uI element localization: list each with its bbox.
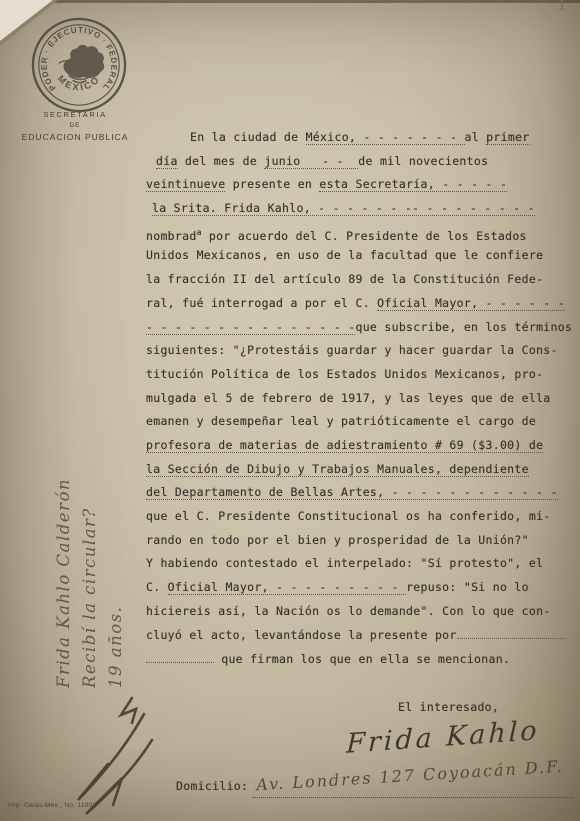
domicilio-label: Domicilio: <box>176 779 248 793</box>
typed-line: día del mes de junio - - de mil novecien… <box>146 150 574 174</box>
typed-text: por acuerdo del C. Presidente de los Est… <box>202 229 527 243</box>
sep-official-seal: PODER · EJECUTIVO · FEDERAL MEXICO <box>28 16 130 114</box>
typed-text: la fracción II del artículo 89 de la Con… <box>146 272 543 286</box>
dotted-blank <box>457 623 565 639</box>
typed-line: hiciereis así, la Nación os lo demande".… <box>146 600 574 624</box>
typed-line: que el C. Presidente Constitucional os h… <box>146 505 574 529</box>
frida-kahlo-signature: Frida Kahlo <box>346 715 540 760</box>
typed-line: titución Política de los Estados Unidos … <box>146 363 574 387</box>
typed-line: - - - - - - - - - - - - - - -que subscri… <box>146 316 574 340</box>
typed-fill-in: junio - - <box>264 154 358 169</box>
typed-line: En la ciudad de México, - - - - - - - al… <box>146 126 574 150</box>
typed-text: del mes de <box>178 154 265 168</box>
typed-line: nombrada por acuerdo del C. Presidente d… <box>146 221 574 245</box>
typed-text: nombrad <box>146 229 197 243</box>
margin-note-line: 19 años. <box>103 416 129 688</box>
typed-line: C. Oficial Mayor, - - - - - - - - - repu… <box>146 576 574 600</box>
typed-text: al <box>465 130 487 144</box>
typed-line: del Departamento de Bellas Artes, - - - … <box>146 481 574 505</box>
typed-text: que el C. Presidente Constitucional os h… <box>146 509 551 523</box>
typed-fill-in: primer <box>486 130 529 145</box>
typed-text: Unidos Mexicanos, en uso de la facultad … <box>146 248 543 262</box>
typed-text: mulgada el 5 de febrero de 1917, y las l… <box>146 391 551 405</box>
typed-fill-in: la Srita. Frida Kahlo, - - - - - - -- - … <box>152 201 535 216</box>
dotted-blank <box>146 647 214 663</box>
typed-text: ral, fué interrogad a por el C. <box>146 296 377 310</box>
typed-text: Y habiendo contestado el interpelado: "S… <box>146 556 543 570</box>
page-number: 1 <box>558 0 566 15</box>
typed-fill-in: Oficial Mayor, - - - - - - <box>377 296 565 311</box>
typed-text: repuso: "Si no lo <box>406 580 529 594</box>
typed-text: emanen y desempeñar leal y patrióticamen… <box>146 414 536 428</box>
typed-line: rando en todo por el bien y prosperidad … <box>146 529 574 553</box>
typed-text: En la ciudad de <box>190 130 306 144</box>
typed-line: Unidos Mexicanos, en uso de la facultad … <box>146 244 574 268</box>
letterhead-agency: SECRETARIA DE EDUCACION PUBLICA <box>14 110 136 142</box>
typed-line: ral, fué interrogad a por el C. Oficial … <box>146 292 574 316</box>
photo-top-edge <box>34 0 580 3</box>
typed-fill-in: profesora de materias de adiestramiento … <box>146 438 543 453</box>
typed-text: cluyó el acto, levantándose la presente … <box>146 628 457 642</box>
interested-party-label: El interesado, <box>398 700 499 714</box>
typed-line: emanen y desempeñar leal y patrióticamen… <box>146 410 574 434</box>
typed-text: titución Política de los Estados Unidos … <box>146 367 543 381</box>
typed-text: de mil novecientos <box>358 154 488 168</box>
document-page: 1 PODER · EJECUTIVO · FEDERAL MEXICO SEC… <box>0 0 580 821</box>
typed-line: cluyó el acto, levantándose la presente … <box>146 623 574 647</box>
typed-line: Y habiendo contestado el interpelado: "S… <box>146 552 574 576</box>
printer-imprint: Imp. Galas-Mex., No. 11803 <box>8 802 97 809</box>
typed-document-body: En la ciudad de México, - - - - - - - al… <box>146 126 574 671</box>
typed-line: siguientes: "¿Protestáis guardar y hacer… <box>146 339 574 363</box>
typed-fill-in: México, - - - - - - - <box>306 130 465 145</box>
typed-line: mulgada el 5 de febrero de 1917, y las l… <box>146 387 574 411</box>
typed-line: profesora de materias de adiestramiento … <box>146 434 574 458</box>
typed-fill-in: - - - - - - - - - - - - - - - <box>146 320 355 335</box>
typed-text: siguientes: "¿Protestáis guardar y hacer… <box>146 343 558 357</box>
handwritten-margin-note: Frida Kahlo CalderónRecibí la circular?1… <box>51 416 131 688</box>
typed-fill-in: esta Secretaría, - - - - - <box>319 177 507 192</box>
agency-line-1: SECRETARIA <box>14 110 136 119</box>
typed-text: hiciereis así, la Nación os lo demande".… <box>146 604 551 618</box>
agency-line-2: DE <box>14 122 136 129</box>
typed-line: la fracción II del artículo 89 de la Con… <box>146 268 574 292</box>
domicilio-dotted-line <box>252 797 574 798</box>
typed-line: la Srita. Frida Kahlo, - - - - - - -- - … <box>146 197 574 221</box>
typed-fill-in: Oficial Mayor, - - - - - - - - - <box>168 580 406 595</box>
typed-fill-in: veintinueve <box>146 177 225 192</box>
typed-text: presente en <box>225 177 319 191</box>
typed-fill-in: día <box>156 154 178 169</box>
typed-text: que subscribe, en los términos <box>355 320 572 334</box>
typed-text: C. <box>146 580 168 594</box>
typed-line: la Sección de Dibujo y Trabajos Manuales… <box>146 458 574 482</box>
typed-text: que firman los que en ella se mencionan. <box>214 652 510 666</box>
typed-line: veintinueve presente en esta Secretaría,… <box>146 173 574 197</box>
agency-line-3: EDUCACION PUBLICA <box>14 132 136 142</box>
margin-note-line: Recibí la circular? <box>77 416 103 688</box>
typed-text: rando en todo por el bien y prosperidad … <box>146 533 529 547</box>
typed-fill-in: del Departamento de Bellas Artes, - - - … <box>146 485 558 500</box>
typed-line: que firman los que en ella se mencionan. <box>146 647 574 671</box>
ink-scribble-marks <box>28 688 178 818</box>
margin-note-line: Frida Kahlo Calderón <box>51 416 77 688</box>
typed-fill-in: la Sección de Dibujo y Trabajos Manuales… <box>146 462 529 477</box>
handwritten-address: Av. Londres 127 Coyoacán D.F. <box>256 757 565 795</box>
